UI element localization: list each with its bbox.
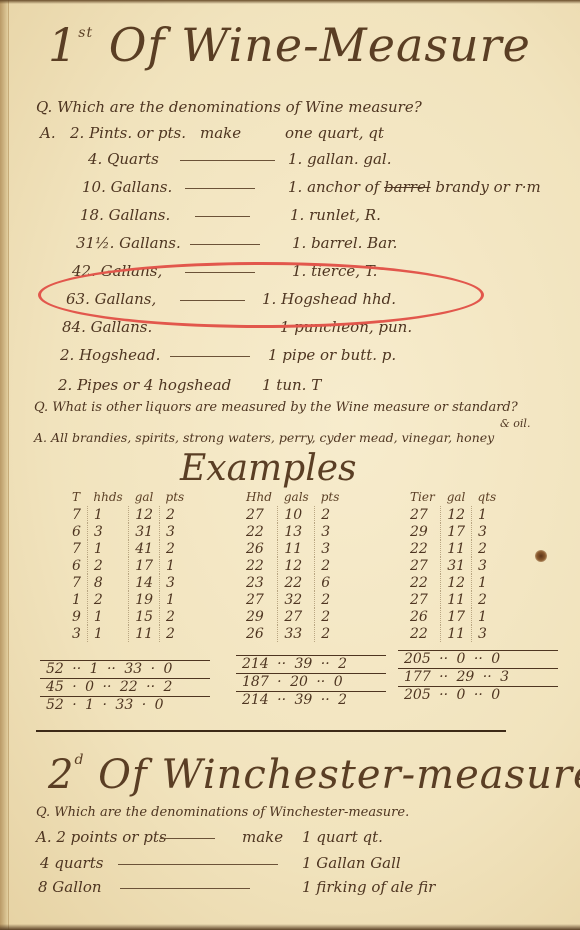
cell: 2 (160, 506, 191, 523)
column-header: gal (129, 490, 160, 506)
measure-row-left: 2. Pints. or pts. (70, 124, 186, 142)
cell: 3 (472, 625, 503, 642)
table-row: 22113 (404, 625, 502, 642)
measure-row-left: 2. Pipes or 4 hogshead (58, 376, 231, 394)
total-line: 52 · 1 · 33 · 0 (40, 696, 210, 714)
cell: 26 (240, 540, 278, 557)
cell: 22 (240, 523, 278, 540)
total-line: 205 ·· 0 ·· 0 (398, 686, 558, 704)
table-row: 91152 (66, 608, 190, 625)
column-header: hhds (87, 490, 128, 506)
cell: 3 (160, 574, 191, 591)
struck-word: barrel (384, 178, 431, 196)
cell: 9 (66, 608, 87, 625)
column-header: gal (441, 490, 472, 506)
cell: 2 (315, 506, 346, 523)
page-top-edge (0, 0, 580, 4)
cell: 6 (66, 557, 87, 574)
section2-question: Q. Which are the denominations of Winche… (36, 805, 409, 820)
section1-answer-prefix: A. (40, 124, 56, 142)
table-header-row: Hhd gals pts (240, 490, 345, 506)
cell: 1 (472, 574, 503, 591)
cell: 23 (240, 574, 278, 591)
measure-row-right: 1. gallan. gal. (288, 150, 391, 168)
cell: 27 (240, 506, 278, 523)
cell: 3 (66, 625, 87, 642)
cell: 22 (404, 540, 441, 557)
section1-title-text: Of Wine-Measure (109, 18, 531, 72)
section2-number-suffix: d (74, 752, 84, 768)
cell: 11 (129, 625, 160, 642)
table-row: 27313 (404, 557, 502, 574)
cell: 10 (278, 506, 315, 523)
cell: 7 (66, 574, 87, 591)
total-line: 45 · 0 ·· 22 ·· 2 (40, 678, 210, 696)
table-row: 26332 (240, 625, 345, 642)
cell: 12 (278, 557, 315, 574)
cell: 33 (278, 625, 315, 642)
example-table-2: Hhd gals pts 27102 22133 26113 22122 232… (240, 490, 345, 642)
table-row: 12191 (66, 591, 190, 608)
row-dash (195, 216, 250, 217)
cell: 26 (240, 625, 278, 642)
measure-row-left: 18. Gallans. (80, 206, 170, 224)
table-row: 27102 (240, 506, 345, 523)
column-header: T (66, 490, 87, 506)
cell: 12 (129, 506, 160, 523)
measure-row-right-text: 1. anchor of (288, 178, 379, 196)
cell: 3 (315, 523, 346, 540)
table-row: 22133 (240, 523, 345, 540)
total-line: 52 ·· 1 ·· 33 · 0 (40, 660, 210, 678)
cell: 3 (160, 523, 191, 540)
table-row: 71412 (66, 540, 190, 557)
cell: 1 (87, 608, 128, 625)
total-line: 177 ·· 29 ·· 3 (398, 668, 558, 686)
cell: 2 (472, 591, 503, 608)
cell: 2 (472, 540, 503, 557)
cell: 1 (87, 506, 128, 523)
cell: 1 (66, 591, 87, 608)
cell: 12 (441, 506, 472, 523)
table-row: 71122 (66, 506, 190, 523)
cell: 2 (315, 591, 346, 608)
cell: 3 (472, 557, 503, 574)
section1-number: 1 (48, 18, 78, 72)
column-header: pts (160, 490, 191, 506)
example-table-2-totals: 214 ·· 39 ·· 2 187 · 20 ·· 0 214 ·· 39 ·… (236, 655, 386, 709)
table-row: 62171 (66, 557, 190, 574)
table-row: 31112 (66, 625, 190, 642)
cell: 22 (240, 557, 278, 574)
cell: 1 (87, 540, 128, 557)
cell: 17 (441, 608, 472, 625)
example-table-1: T hhds gal pts 71122 63313 71412 62171 7… (66, 490, 190, 642)
total-line: 214 ·· 39 ·· 2 (236, 691, 386, 709)
cell: 3 (87, 523, 128, 540)
cell: 2 (315, 557, 346, 574)
measure-row-left: 2. Hogshead. (60, 346, 160, 364)
row-dash (120, 888, 250, 889)
table-row: 27322 (240, 591, 345, 608)
cell: 27 (404, 557, 441, 574)
table-row: 27112 (404, 591, 502, 608)
cell: 2 (160, 608, 191, 625)
table-row: 27121 (404, 506, 502, 523)
cell: 27 (240, 591, 278, 608)
total-line: 187 · 20 ·· 0 (236, 673, 386, 691)
cell: 14 (129, 574, 160, 591)
example-table-1-totals: 52 ·· 1 ·· 33 · 0 45 · 0 ·· 22 ·· 2 52 ·… (40, 660, 210, 714)
table-row: 23226 (240, 574, 345, 591)
table-row: 29272 (240, 608, 345, 625)
column-header: gals (278, 490, 315, 506)
cell: 1 (87, 625, 128, 642)
measure-row-right-tail: brandy or r·m (435, 178, 540, 196)
measure-row-right: 1. runlet, R. (290, 206, 381, 224)
cell: 1 (472, 608, 503, 625)
cell: 1 (160, 591, 191, 608)
section1-title: 1st Of Wine-Measure (48, 18, 531, 72)
row-dash (170, 356, 250, 357)
cell: 17 (129, 557, 160, 574)
row-dash (185, 188, 255, 189)
highlight-ellipse (38, 262, 484, 328)
example-table-3-totals: 205 ·· 0 ·· 0 177 ·· 29 ·· 3 205 ·· 0 ··… (398, 650, 558, 704)
table-row: 22112 (404, 540, 502, 557)
table-row: 63313 (66, 523, 190, 540)
cell: 11 (441, 625, 472, 642)
cell: 41 (129, 540, 160, 557)
row-dash (190, 244, 260, 245)
section1-question: Q. Which are the denominations of Wine m… (36, 98, 422, 116)
section-divider (36, 730, 506, 732)
table-row: 22121 (404, 574, 502, 591)
measure-row-right: 1. barrel. Bar. (292, 234, 397, 252)
cell: 12 (441, 574, 472, 591)
examples-title: Examples (180, 448, 357, 489)
winchester-row-mid: make (242, 828, 283, 846)
measure-row-right: one quart, qt (285, 124, 384, 142)
measure-row-right: 1 tun. T (262, 376, 321, 394)
cell: 3 (472, 523, 503, 540)
winchester-row-left: 8 Gallon (38, 878, 102, 896)
cell: 2 (87, 557, 128, 574)
cell: 6 (315, 574, 346, 591)
example-table-3: Tier gal qts 27121 29173 22112 27313 221… (404, 490, 502, 642)
cell: 27 (404, 591, 441, 608)
column-header: Tier (404, 490, 441, 506)
cell: 19 (129, 591, 160, 608)
cell: 26 (404, 608, 441, 625)
table-header-row: T hhds gal pts (66, 490, 190, 506)
cell: 7 (66, 506, 87, 523)
cell: 2 (160, 625, 191, 642)
cell: 1 (472, 506, 503, 523)
cell: 32 (278, 591, 315, 608)
measure-row-left: 4. Quarts (88, 150, 159, 168)
cell: 15 (129, 608, 160, 625)
section2-number: 2 (48, 752, 74, 798)
measure-row-left: 31½. Gallans. (76, 234, 181, 252)
table-row: 78143 (66, 574, 190, 591)
column-header: Hhd (240, 490, 278, 506)
winchester-row-right: 1 quart qt. (302, 828, 383, 846)
section2-title: 2d Of Winchester-measure. (48, 752, 580, 798)
table-row: 26171 (404, 608, 502, 625)
cell: 22 (404, 574, 441, 591)
measure-row-right: 1 pipe or butt. p. (268, 346, 396, 364)
winchester-row-right: 1 Gallan Gall (302, 854, 401, 872)
manuscript-page: 1st Of Wine-Measure Q. Which are the den… (0, 0, 580, 930)
cell: 29 (240, 608, 278, 625)
cell: 1 (160, 557, 191, 574)
winchester-row-right: 1 firking of ale fir (302, 878, 435, 896)
cell: 27 (278, 608, 315, 625)
table-row: 26113 (240, 540, 345, 557)
section1-number-suffix: st (78, 25, 93, 41)
cell: 27 (404, 506, 441, 523)
column-header: qts (472, 490, 503, 506)
cell: 2 (315, 625, 346, 642)
section1-answer2: A. All brandies, spirits, strong waters,… (34, 430, 494, 445)
table-row: 29173 (404, 523, 502, 540)
table-row: 22122 (240, 557, 345, 574)
table-header-row: Tier gal qts (404, 490, 502, 506)
ink-stain (535, 550, 547, 562)
total-line: 214 ·· 39 ·· 2 (236, 655, 386, 673)
winchester-row-left: A. 2 points or pts (36, 828, 167, 846)
row-dash (160, 838, 215, 839)
section2-title-text: Of Winchester-measure. (98, 752, 580, 798)
section1-answer2-note: & oil. (500, 417, 530, 430)
cell: 11 (441, 540, 472, 557)
page-bottom-edge (0, 924, 580, 930)
cell: 31 (441, 557, 472, 574)
winchester-row-left: 4 quarts (40, 854, 103, 872)
cell: 17 (441, 523, 472, 540)
page-binding (0, 0, 9, 930)
measure-row-mid: make (200, 124, 241, 142)
cell: 6 (66, 523, 87, 540)
cell: 2 (160, 540, 191, 557)
section1-question2: Q. What is other liquors are measured by… (34, 400, 518, 415)
cell: 3 (315, 540, 346, 557)
row-dash (180, 160, 275, 161)
cell: 7 (66, 540, 87, 557)
cell: 2 (315, 608, 346, 625)
cell: 11 (441, 591, 472, 608)
total-line: 205 ·· 0 ·· 0 (398, 650, 558, 668)
row-dash (118, 864, 278, 865)
column-header: pts (315, 490, 346, 506)
cell: 11 (278, 540, 315, 557)
measure-row-left: 10. Gallans. (82, 178, 172, 196)
cell: 13 (278, 523, 315, 540)
cell: 31 (129, 523, 160, 540)
cell: 29 (404, 523, 441, 540)
cell: 8 (87, 574, 128, 591)
cell: 22 (404, 625, 441, 642)
measure-row-right: 1. anchor of barrel brandy or r·m (288, 178, 541, 196)
cell: 22 (278, 574, 315, 591)
cell: 2 (87, 591, 128, 608)
